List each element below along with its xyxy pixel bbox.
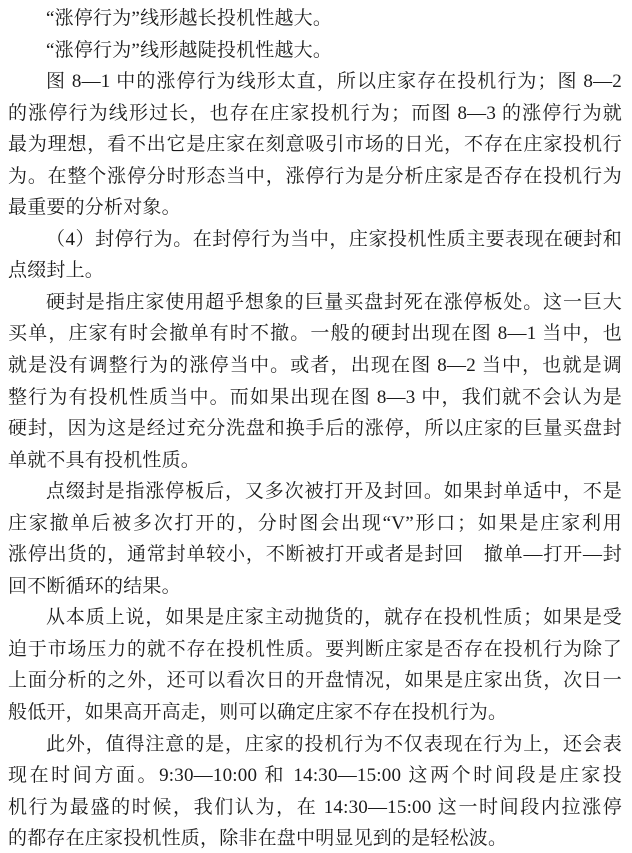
text-line: 点缀封上。 [8, 255, 622, 287]
paragraph: （4）封停行为。在封停行为当中，庄家投机性质主要表现在硬封和点缀封上。 [8, 224, 622, 287]
text-line: 般低开，如果高开高走，则可以确定庄家不存在投机行为。 [8, 697, 622, 729]
text-line: 最重要的分析对象。 [8, 192, 622, 224]
text-line: “涨停行为”线形越长投机性越大。 [8, 3, 622, 35]
text-line: 就是没有调整行为的涨停当中。或者，出现在图 8—2 当中，也就是调 [8, 350, 622, 382]
document-text: “涨停行为”线形越长投机性越大。“涨停行为”线形越陡投机性越大。图 8—1 中的… [8, 3, 622, 853]
text-line: （4）封停行为。在封停行为当中，庄家投机性质主要表现在硬封和 [8, 224, 622, 256]
paragraph: “涨停行为”线形越长投机性越大。 [8, 3, 622, 35]
text-line: 最为理想，看不出它是庄家在刻意吸引市场的日光，不存在庄家投机行 [8, 129, 622, 161]
text-line: 整行为有投机性质当中。而如果出现在图 8—3 中，我们就不会认为是 [8, 382, 622, 414]
paragraph: “涨停行为”线形越陡投机性越大。 [8, 35, 622, 67]
text-line: 回不断循环的结果。 [8, 571, 622, 603]
text-line: 此外，值得注意的是，庄家的投机行为不仅表现在行为上，还会表 [8, 729, 622, 761]
text-line: 涨停出货的，通常封单较小，不断被打开或者是封回 撤单—打开—封 [8, 539, 622, 571]
text-line: 图 8—1 中的涨停行为线形太直，所以庄家存在投机行为；图 8—2 [8, 66, 622, 98]
paragraph: 图 8—1 中的涨停行为线形太直，所以庄家存在投机行为；图 8—2的涨停行为线形… [8, 66, 622, 224]
paragraph: 硬封是指庄家使用超乎想象的巨量买盘封死在涨停板处。这一巨大买单，庄家有时会撤单有… [8, 287, 622, 476]
paragraph: 此外，值得注意的是，庄家的投机行为不仅表现在行为上，还会表现在时间方面。9:30… [8, 729, 622, 853]
text-line: 迫于市场压力的就不存在投机性质。要判断庄家是否存在投机行为除了 [8, 634, 622, 666]
text-line: “涨停行为”线形越陡投机性越大。 [8, 35, 622, 67]
paragraph: 点缀封是指涨停板后，又多次被打开及封回。如果封单适中，不是庄家撤单后被多次打开的… [8, 476, 622, 602]
text-line: 上面分析的之外，还可以看次日的开盘情况，如果是庄家出货，次日一 [8, 665, 622, 697]
text-line: 从本质上说，如果是庄家主动抛货的，就存在投机性质；如果是受 [8, 602, 622, 634]
paragraph: 从本质上说，如果是庄家主动抛货的，就存在投机性质；如果是受迫于市场压力的就不存在… [8, 602, 622, 728]
text-line: 机行为最盛的时候，我们认为，在 14:30—15:00 这一时间段内拉涨停 [8, 792, 622, 824]
text-line: 为。在整个涨停分时形态当中，涨停行为是分析庄家是否存在投机行为 [8, 161, 622, 193]
text-line: 硬封是指庄家使用超乎想象的巨量买盘封死在涨停板处。这一巨大 [8, 287, 622, 319]
text-line: 买单，庄家有时会撤单有时不撤。一般的硬封出现在图 8—1 当中，也 [8, 318, 622, 350]
text-line: 点缀封是指涨停板后，又多次被打开及封回。如果封单适中，不是 [8, 476, 622, 508]
text-line: 单就不具有投机性质。 [8, 445, 622, 477]
text-line: 的涨停行为线形过长，也存在庄家投机行为；而图 8—3 的涨停行为就 [8, 98, 622, 130]
text-line: 庄家撤单后被多次打开的，分时图会出现“V”形口；如果是庄家利用 [8, 508, 622, 540]
book-page: “涨停行为”线形越长投机性越大。“涨停行为”线形越陡投机性越大。图 8—1 中的… [0, 0, 632, 853]
text-line: 硬封，因为这是经过充分洗盘和换手后的涨停，所以庄家的巨量买盘封 [8, 413, 622, 445]
text-line: 的都存在庄家投机性质，除非在盘中明显见到的是轻松波。 [8, 823, 622, 853]
text-line: 现在时间方面。9:30—10:00 和 14:30—15:00 这两个时间段是庄… [8, 760, 622, 792]
